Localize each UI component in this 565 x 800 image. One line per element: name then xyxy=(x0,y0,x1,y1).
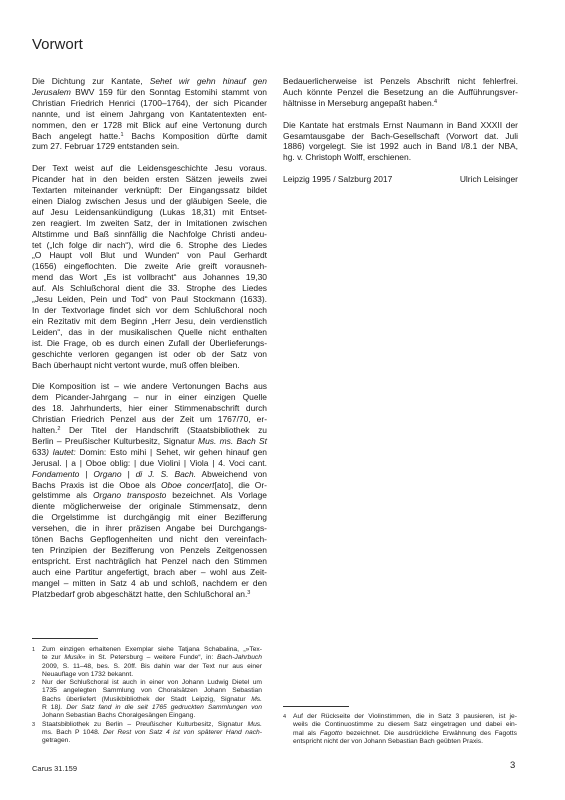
footnotes-right: 4Auf der Rückseite der Violinstimmen, di… xyxy=(283,713,517,746)
text-line: Christian Friedrich Penzel aus der Zeit … xyxy=(32,414,267,425)
footnote: 3Staatsbibliothek zu Berlin – Preußische… xyxy=(32,721,262,746)
text-line: versehen, die in ihrer präzisen Angabe b… xyxy=(32,523,267,534)
page-title: Vorwort xyxy=(32,36,83,53)
text-line: Bach überhaupt nicht vertont wurde, muß … xyxy=(32,360,267,371)
left-column: Die Dichtung zur Kantate, Sehet wir gehn… xyxy=(32,76,267,610)
text-line: Textarten miteinander verknüpft: Der Ein… xyxy=(32,185,267,196)
right-column: Bedauerlicherweise ist Penzels Abschrift… xyxy=(283,76,518,185)
text-line: Die Kantate hat erstmals Ernst Naumann i… xyxy=(283,120,518,131)
text-line: Altstimme und Baß sinnfällig die Nachfol… xyxy=(32,229,267,240)
text-line: ten Prinzipien der Bezifferung von Penze… xyxy=(32,545,267,556)
signature-author: Ulrich Leisinger xyxy=(460,174,518,185)
footnote: 1Zum einzigen erhaltenen Exemplar siehe … xyxy=(32,646,262,679)
footnote-line: 2009, S. 11–48, bes. S. 20ff. Bis dahin … xyxy=(42,663,262,671)
text-line: auch eine Partitur angefertigt, brach ab… xyxy=(32,567,267,578)
footnote-line: Neuauflage von 1732 bekannt. xyxy=(42,671,262,679)
text-line: Jerusalem BWV 159 für den Sonntag Estomi… xyxy=(32,87,267,98)
text-line: Leiden“, das in der musikalischen Quelle… xyxy=(32,327,267,338)
text-line: zen reagiert. Im zweiten Satz, der in Im… xyxy=(32,218,267,229)
text-line: Berlin – Preußischer Kulturbesitz, Signa… xyxy=(32,436,267,447)
paragraph-4: Bedauerlicherweise ist Penzels Abschrift… xyxy=(283,76,518,109)
catalog-number: Carus 31.159 xyxy=(32,764,77,773)
text-line: Bachs Praxis ist die Oboe als Oboe conce… xyxy=(32,480,267,491)
text-line: 1886) vorgelegt. Sie ist 1992 auch in Ba… xyxy=(283,141,518,152)
paragraph-5: Die Kantate hat erstmals Ernst Naumann i… xyxy=(283,120,518,164)
paragraph-3: Die Komposition ist – wie andere Vertonu… xyxy=(32,381,267,599)
text-line: Der Text weist auf die Leidensgeschichte… xyxy=(32,163,267,174)
text-line: zum 27. Februar 1729 entstanden sein. xyxy=(32,141,267,152)
text-line: Bedauerlicherweise ist Penzels Abschrift… xyxy=(283,76,518,87)
text-line: Picander hat in den beiden ersten Sätzen… xyxy=(32,174,267,185)
footnote-rule-left xyxy=(32,638,98,639)
footnote-line: Staatsbibliothek zu Berlin – Preußischer… xyxy=(42,721,262,729)
footnote-line: Johann Sebastian Bachs Choralgesängen Ei… xyxy=(42,712,262,720)
footnote-number: 1 xyxy=(32,646,35,654)
text-line: ein Rezitativ mit dem Beginn „Herr Jesu,… xyxy=(32,316,267,327)
footnotes-left: 1Zum einzigen erhaltenen Exemplar siehe … xyxy=(32,646,262,746)
text-line: entspricht. Erst nachträglich hat Penzel… xyxy=(32,556,267,567)
text-line: auf Jesu Leidensankündigung (Lukas 18,31… xyxy=(32,207,267,218)
text-line: des 18. Jahrhunderts, hier einer Stimmen… xyxy=(32,403,267,414)
footnote-number: 2 xyxy=(32,679,35,687)
text-line: tet („Ich folge dir nach“), wird die 6. … xyxy=(32,240,267,251)
footnote-line: Nur der Schlußchoral ist auch in einer v… xyxy=(42,679,262,687)
footnote-number: 4 xyxy=(283,713,286,721)
text-line: nommen, den er 1728 mit Blick auf eine V… xyxy=(32,120,267,131)
text-line: tönen Bachs Gepflogenheiten und nicht de… xyxy=(32,534,267,545)
signature: Leipzig 1995 / Salzburg 2017 Ulrich Leis… xyxy=(283,174,518,185)
footnote-line: te zur Musik« in St. Petersburg – weiter… xyxy=(42,654,262,662)
footnote-line: Bachs überliefert (Musikbibliothek der S… xyxy=(42,696,262,704)
text-line: Bach angelegt hatte.1 Bachs Komposition … xyxy=(32,131,267,142)
footnote-rule-right xyxy=(283,706,349,707)
text-line: hältnisse in Merseburg angepaßt haben.4 xyxy=(283,98,518,109)
footnote: 4Auf der Rückseite der Violinstimmen, di… xyxy=(283,713,517,746)
footnote-line: Zum einzigen erhaltenen Exemplar siehe T… xyxy=(42,646,262,654)
text-line: „O Haupt voll Blut und Wunden“ von Paul … xyxy=(32,250,267,261)
text-line: mend das Wort „Es ist vollbracht“ aus Jo… xyxy=(32,272,267,283)
text-line: mangel – mitten in Satz 4 ab und schloß,… xyxy=(32,578,267,589)
text-line: hg. v. Christoph Wolff, erschienen. xyxy=(283,152,518,163)
text-line: Christian Friedrich Henrici (1700–1764),… xyxy=(32,98,267,109)
text-line: einen Dialog zwischen Jesus und der gläu… xyxy=(32,196,267,207)
footnote-line: mal als Fagotto bezeichnet. Die ausdrück… xyxy=(293,730,517,738)
footnote-line: Auf der Rückseite der Violinstimmen, die… xyxy=(293,713,517,721)
text-line: die Orgelstimme ist durchgängig mit eine… xyxy=(32,512,267,523)
text-line: geschichte verloren gegangen ist oder ob… xyxy=(32,349,267,360)
text-line: gelstimme als Organo transposto bezeichn… xyxy=(32,490,267,501)
text-line: Fondamento | Organo | di J. S. Bach. Abw… xyxy=(32,469,267,480)
footnote-line: weils die Continuostimme zu diesem Satz … xyxy=(293,721,517,729)
text-line: diente möglicherweise der originale Stim… xyxy=(32,501,267,512)
text-line: halten.2 Der Titel der Handschrift (Staa… xyxy=(32,425,267,436)
text-line: ist. Die Frage, ob es durch einen Zufall… xyxy=(32,338,267,349)
footnote-number: 3 xyxy=(32,721,35,729)
text-line: (1656) eingeflochten. Die zweite Arie gr… xyxy=(32,261,267,272)
footnote-line: entspricht nicht der von Johann Sebastia… xyxy=(293,738,517,746)
text-line: Gesamtausgabe der Bach-Gesellschaft (Vor… xyxy=(283,131,518,142)
signature-place-date: Leipzig 1995 / Salzburg 2017 xyxy=(283,174,392,185)
text-line: Die Dichtung zur Kantate, Sehet wir gehn… xyxy=(32,76,267,87)
footnote-line: ms. Bach P 1048. Der Rest von Satz 4 ist… xyxy=(42,729,262,737)
text-line: Platzbedarf grob abgeschätzt hatte, den … xyxy=(32,589,267,600)
footnote-line: 1735 angelegten Sammlung von Choralsätze… xyxy=(42,687,262,695)
text-line: Auch könnte Penzel die Besetzung an die … xyxy=(283,87,518,98)
footnote-line: getragen. xyxy=(42,737,262,745)
text-line: dem Picander-Jahrgang – nur in einer ein… xyxy=(32,392,267,403)
footnote: 2Nur der Schlußchoral ist auch in einer … xyxy=(32,679,262,720)
text-line: Jerusal. | a | Oboe oblig: | due Violini… xyxy=(32,458,267,469)
text-line: Die Komposition ist – wie andere Vertonu… xyxy=(32,381,267,392)
paragraph-1: Die Dichtung zur Kantate, Sehet wir gehn… xyxy=(32,76,267,152)
text-line: auf. Als Schlußchoral dient die 33. Stro… xyxy=(32,283,267,294)
footnote-line: R 18). Der Satz fand in die seit 1765 ge… xyxy=(42,704,262,712)
page-number: 3 xyxy=(510,760,515,771)
paragraph-2: Der Text weist auf die Leidensgeschichte… xyxy=(32,163,267,370)
text-line: „Jesu Leiden, Pein und Tod“ von Paul Sto… xyxy=(32,294,267,305)
text-line: In der Textvorlage findet sich vor dem S… xyxy=(32,305,267,316)
text-line: 633) lautet: Domin: Esto mihi | Sehet, w… xyxy=(32,447,267,458)
text-line: nannte, und ist einem Jahrgang von Kanta… xyxy=(32,109,267,120)
